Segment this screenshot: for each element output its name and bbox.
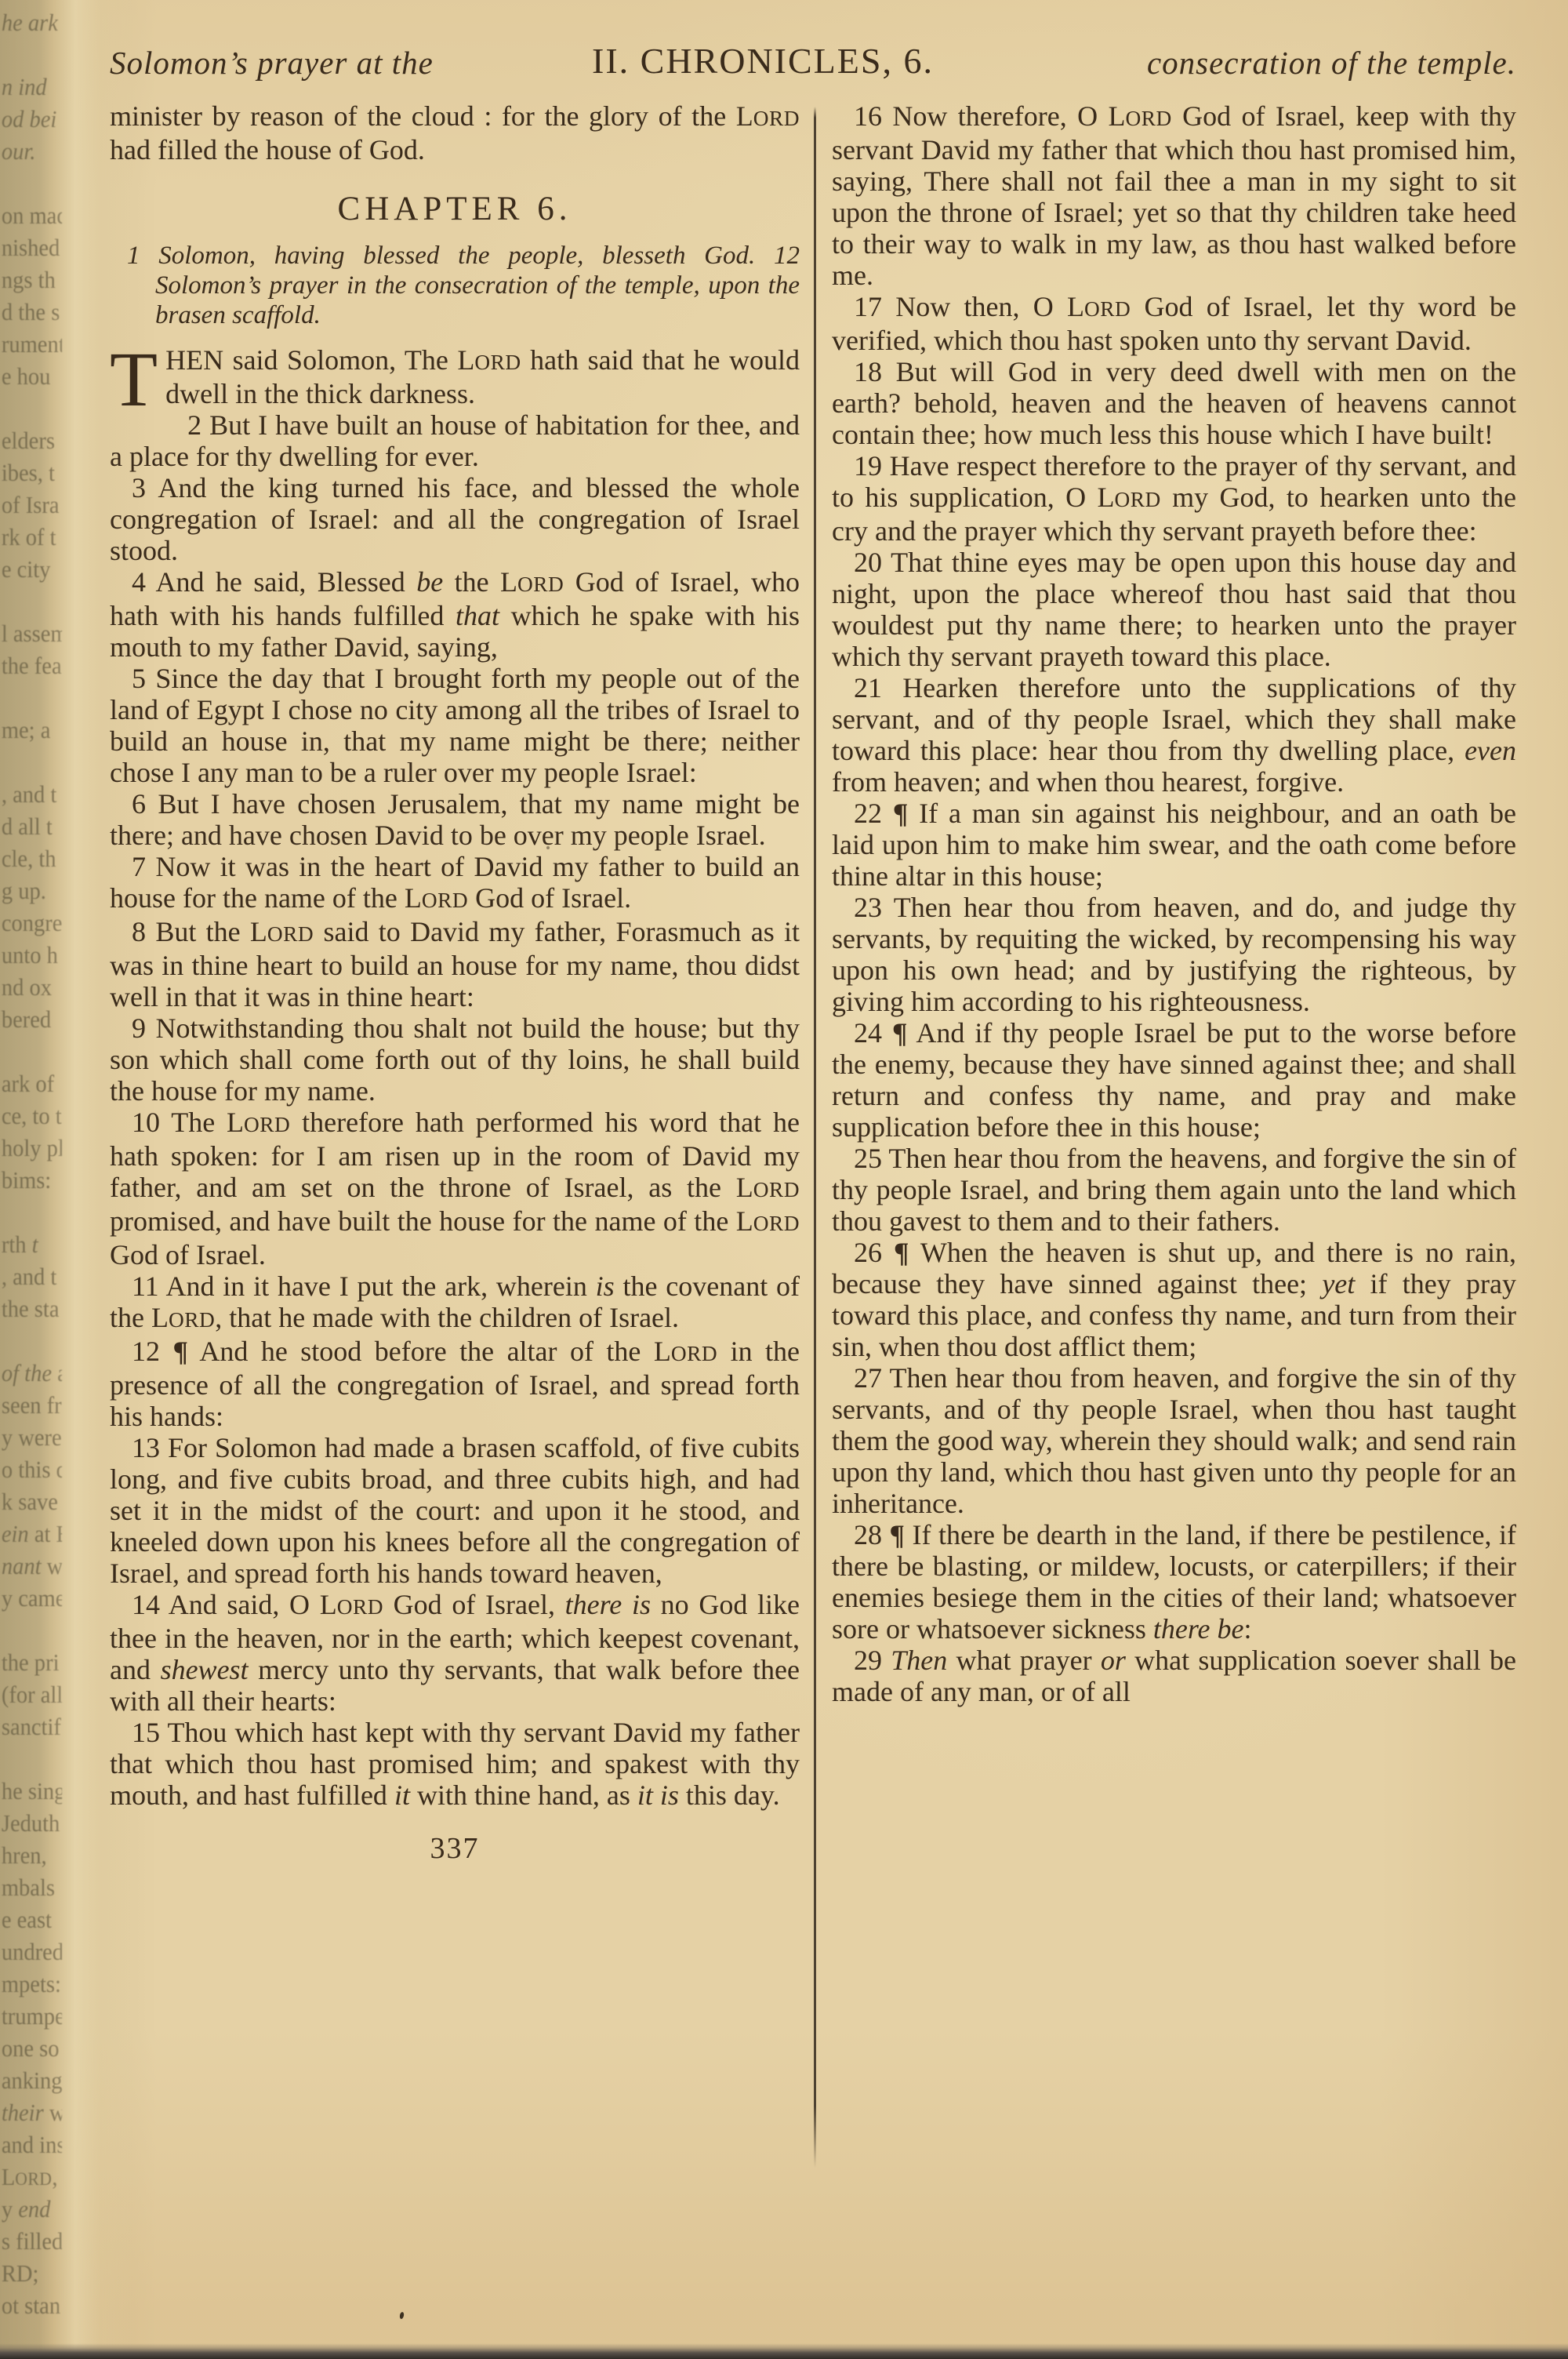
gutter-fragment: mbals bbox=[2, 1871, 62, 1903]
verse-text: Since the day that I brought forth my pe… bbox=[110, 663, 800, 788]
gutter-fragment: seen fr bbox=[2, 1389, 62, 1421]
verse-text: ¶ And he stood before the altar of the L… bbox=[110, 1336, 800, 1432]
left-column: minister by reason of the cloud : for th… bbox=[110, 100, 800, 1864]
gutter-fragment: , and t bbox=[2, 778, 62, 810]
verse-number: 12 bbox=[132, 1336, 160, 1367]
ink-speck bbox=[1069, 183, 1073, 186]
chapter-summary: 1 Solomon, having blessed the people, bl… bbox=[110, 241, 800, 330]
verse-text: ¶ If a man sin against his neighbour, an… bbox=[832, 798, 1516, 892]
right-column: 16 Now therefore, O LORD God of Israel, … bbox=[832, 100, 1516, 1707]
gutter-fragment: ngs th bbox=[2, 264, 62, 296]
verse: 11 And in it have I put the ark, wherein… bbox=[110, 1270, 800, 1336]
verse: 26 ¶ When the heaven is shut up, and the… bbox=[832, 1237, 1516, 1362]
gutter-fragment: od bei bbox=[2, 103, 62, 135]
gutter-fragment bbox=[2, 682, 62, 714]
verse-number: 25 bbox=[854, 1143, 882, 1174]
gutter-fragment: me; a bbox=[2, 714, 62, 746]
gutter-fragment: e city bbox=[2, 553, 62, 585]
verse-text: ¶ If there be dearth in the land, if the… bbox=[832, 1519, 1516, 1645]
verse: 19 Have respect therefore to the prayer … bbox=[832, 450, 1516, 547]
verse-text: And the king turned his face, and blesse… bbox=[110, 472, 800, 566]
verse-1-text: HEN said Solomon, The LORD hath said tha… bbox=[165, 344, 800, 409]
verse: 12 ¶ And he stood before the altar of th… bbox=[110, 1336, 800, 1432]
verse-text: But I have built an house of habitation … bbox=[110, 409, 800, 472]
verse-text: And in it have I put the ark, wherein is… bbox=[110, 1270, 800, 1333]
gutter-fragment: he ark bbox=[2, 6, 62, 38]
gutter-fragment: ce, to t bbox=[2, 1100, 62, 1132]
page-number: 337 bbox=[110, 1833, 800, 1864]
gutter-fragment: ark of bbox=[2, 1067, 62, 1100]
gutter-fragment bbox=[2, 392, 62, 424]
verse-number: 21 bbox=[854, 672, 882, 703]
gutter-bleed-text: he arkn indod beiour.on madnishedngs thd… bbox=[0, 0, 62, 2359]
gutter-fragment: e hou bbox=[2, 360, 62, 392]
gutter-fragment: hren, bbox=[2, 1839, 62, 1871]
verse-text: Hearken therefore unto the supplications… bbox=[832, 672, 1516, 798]
drop-cap: T bbox=[110, 344, 165, 410]
gutter-fragment: ein at E bbox=[2, 1518, 62, 1550]
verse: 27 Then hear thou from heaven, and forgi… bbox=[832, 1362, 1516, 1519]
gutter-fragment: g up. bbox=[2, 874, 62, 907]
verse-number: 26 bbox=[854, 1237, 882, 1268]
verse-text: But I have chosen Jerusalem, that my nam… bbox=[110, 788, 800, 851]
verse-number: 28 bbox=[854, 1519, 882, 1550]
verse-text: That thine eyes may be open upon this ho… bbox=[832, 547, 1516, 672]
gutter-fragment: the sta bbox=[2, 1292, 62, 1325]
verse: 2 But I have built an house of habitatio… bbox=[110, 409, 800, 472]
verse: 9 Notwithstanding thou shalt not build t… bbox=[110, 1012, 800, 1107]
verse-number: 17 bbox=[854, 291, 882, 322]
running-head-left: Solomon’s prayer at the bbox=[110, 44, 434, 82]
verse-number: 9 bbox=[132, 1012, 146, 1044]
verse-text: ¶ And if thy people Israel be put to the… bbox=[832, 1017, 1516, 1143]
gutter-fragment bbox=[2, 1614, 62, 1646]
verse: 25 Then hear thou from the heavens, and … bbox=[832, 1143, 1516, 1237]
verse-number: 23 bbox=[854, 892, 882, 923]
gutter-fragment: anking bbox=[2, 2064, 62, 2096]
gutter-fragment: nd ox bbox=[2, 971, 62, 1003]
bible-page: he arkn indod beiour.on madnishedngs thd… bbox=[0, 0, 1568, 2359]
continuation-paragraph: minister by reason of the cloud : for th… bbox=[110, 100, 800, 165]
verse: 18 But will God in very deed dwell with … bbox=[832, 356, 1516, 450]
gutter-fragment: congre bbox=[2, 907, 62, 939]
verse-number: 4 bbox=[132, 566, 146, 598]
verse: 17 Now then, O LORD God of Israel, let t… bbox=[832, 291, 1516, 356]
verse: 5 Since the day that I brought forth my … bbox=[110, 663, 800, 788]
gutter-fragment: LORD, bbox=[2, 2161, 62, 2193]
running-head: Solomon’s prayer at the II. CHRONICLES, … bbox=[110, 27, 1516, 82]
verse-number: 15 bbox=[132, 1717, 160, 1748]
verse-text: Have respect therefore to the prayer of … bbox=[832, 450, 1516, 547]
gutter-fragment: cle, th bbox=[2, 842, 62, 874]
verse: 6 But I have chosen Jerusalem, that my n… bbox=[110, 788, 800, 851]
verse: 3 And the king turned his face, and bles… bbox=[110, 472, 800, 566]
gutter-fragment: s filled bbox=[2, 2225, 62, 2257]
gutter-fragment: unto h bbox=[2, 939, 62, 971]
gutter-fragment: rth t bbox=[2, 1228, 62, 1260]
ink-speck bbox=[546, 846, 550, 849]
gutter-fragment bbox=[2, 1743, 62, 1775]
gutter-fragment: trumpe bbox=[2, 2000, 62, 2032]
verse-text: Then hear thou from the heavens, and for… bbox=[832, 1143, 1516, 1237]
verse-text: Now therefore, O LORD God of Israel, kee… bbox=[832, 100, 1516, 291]
running-head-right: consecration of the temple. bbox=[1147, 44, 1516, 82]
left-verses: 2 But I have built an house of habitatio… bbox=[110, 409, 800, 1811]
verse: 29 Then what prayer or what supplication… bbox=[832, 1645, 1516, 1707]
verse-number: 24 bbox=[854, 1017, 882, 1049]
verse: 20 That thine eyes may be open upon this… bbox=[832, 547, 1516, 672]
gutter-fragment: of the a bbox=[2, 1357, 62, 1389]
gutter-fragment: nished bbox=[2, 231, 62, 264]
gutter-fragment bbox=[2, 1196, 62, 1228]
verse: 28 ¶ If there be dearth in the land, if … bbox=[832, 1519, 1516, 1645]
verse-text: Then hear thou from heaven, and forgive … bbox=[832, 1362, 1516, 1519]
gutter-fragment: rk of t bbox=[2, 521, 62, 553]
verse-text: Now then, O LORD God of Israel, let thy … bbox=[832, 291, 1516, 356]
gutter-fragment: he sing bbox=[2, 1775, 62, 1807]
verse: 16 Now therefore, O LORD God of Israel, … bbox=[832, 100, 1516, 291]
gutter-fragment: the pri bbox=[2, 1646, 62, 1678]
gutter-fragment bbox=[2, 1035, 62, 1067]
verse: 22 ¶ If a man sin against his neighbour,… bbox=[832, 798, 1516, 892]
gutter-fragment: o this d bbox=[2, 1453, 62, 1485]
verse-number: 6 bbox=[132, 788, 146, 820]
verse: 24 ¶ And if thy people Israel be put to … bbox=[832, 1017, 1516, 1143]
verse-number: 27 bbox=[854, 1362, 882, 1394]
gutter-fragment: d the s bbox=[2, 296, 62, 328]
right-verses: 16 Now therefore, O LORD God of Israel, … bbox=[832, 100, 1516, 1707]
gutter-fragment bbox=[2, 746, 62, 778]
gutter-fragment: y end bbox=[2, 2193, 62, 2225]
gutter-fragment: , and t bbox=[2, 1260, 62, 1292]
gutter-fragment: (for all bbox=[2, 1678, 62, 1710]
gutter-fragment: holy pl bbox=[2, 1132, 62, 1164]
gutter-fragment: nant w bbox=[2, 1550, 62, 1582]
verse-1: THEN said Solomon, The LORD hath said th… bbox=[110, 344, 800, 409]
verse-number: 2 bbox=[187, 409, 201, 441]
gutter-fragment: y came bbox=[2, 1582, 62, 1614]
gutter-fragment: our. bbox=[2, 135, 62, 167]
verse: 15 Thou which hast kept with thy servant… bbox=[110, 1717, 800, 1811]
gutter-fragment: bered bbox=[2, 1003, 62, 1035]
verse-text: Then hear thou from heaven, and do, and … bbox=[832, 892, 1516, 1017]
verse-number: 8 bbox=[132, 916, 146, 947]
verse-number: 16 bbox=[854, 100, 882, 132]
gutter-fragment: and ins bbox=[2, 2128, 62, 2161]
verse-number: 19 bbox=[854, 450, 882, 482]
verse-number: 18 bbox=[854, 356, 882, 387]
verse-number: 11 bbox=[132, 1270, 159, 1302]
gutter-fragment: the fea bbox=[2, 649, 62, 682]
verse: 7 Now it was in the heart of David my fa… bbox=[110, 851, 800, 916]
verse: 10 The LORD therefore hath performed his… bbox=[110, 1107, 800, 1270]
verse-text: But the LORD said to David my father, Fo… bbox=[110, 916, 800, 1012]
gutter-fragment: rument bbox=[2, 328, 62, 360]
verse: 13 For Solomon had made a brasen scaffol… bbox=[110, 1432, 800, 1589]
gutter-fragment: sanctif bbox=[2, 1710, 62, 1743]
gutter-fragment: elders bbox=[2, 424, 62, 456]
gutter-fragment: Jeduth bbox=[2, 1807, 62, 1839]
gutter-fragment: on mad bbox=[2, 199, 62, 231]
gutter-fragment: bims: bbox=[2, 1164, 62, 1196]
verse-number: 22 bbox=[854, 798, 882, 829]
gutter-fragment bbox=[2, 38, 62, 71]
gutter-fragment: ibes, t bbox=[2, 456, 62, 489]
verse: 4 And he said, Blessed be the LORD God o… bbox=[110, 566, 800, 663]
gutter-fragment: n ind bbox=[2, 71, 62, 103]
verse-number: 5 bbox=[132, 663, 146, 694]
verse-text: Notwithstanding thou shalt not build the… bbox=[110, 1012, 800, 1107]
verse-text: Then what prayer or what supplication so… bbox=[832, 1645, 1516, 1707]
verse-number: 14 bbox=[132, 1589, 160, 1620]
verse-number: 7 bbox=[132, 851, 146, 882]
gutter-fragment bbox=[2, 1325, 62, 1357]
gutter-fragment: k save bbox=[2, 1485, 62, 1518]
verse-text: Now it was in the heart of David my fath… bbox=[110, 851, 800, 914]
verse-number: 20 bbox=[854, 547, 882, 578]
verse: 23 Then hear thou from heaven, and do, a… bbox=[832, 892, 1516, 1017]
page-bottom-edge bbox=[0, 2343, 1568, 2359]
verse-number: 29 bbox=[854, 1645, 882, 1676]
verse: 21 Hearken therefore unto the supplicati… bbox=[832, 672, 1516, 798]
verse-text: And said, O LORD God of Israel, there is… bbox=[110, 1589, 800, 1717]
gutter-fragment: RD; bbox=[2, 2257, 62, 2289]
gutter-fragment: undred bbox=[2, 1936, 62, 1968]
gutter-fragment: y were bbox=[2, 1421, 62, 1453]
column-divider-rule bbox=[814, 107, 816, 2168]
gutter-fragment bbox=[2, 167, 62, 199]
verse-text: And he said, Blessed be the LORD God of … bbox=[110, 566, 800, 663]
chapter-heading: CHAPTER 6. bbox=[110, 194, 800, 225]
gutter-fragment: l assem bbox=[2, 617, 62, 649]
verse-text: ¶ When the heaven is shut up, and there … bbox=[832, 1237, 1516, 1362]
verse-text: Thou which hast kept with thy servant Da… bbox=[110, 1717, 800, 1811]
verse-text: But will God in very deed dwell with men… bbox=[832, 356, 1516, 450]
running-head-title: II. CHRONICLES, 6. bbox=[592, 40, 934, 82]
gutter-fragment: of Isra bbox=[2, 489, 62, 521]
gutter-fragment: their w bbox=[2, 2096, 62, 2128]
text-columns: minister by reason of the cloud : for th… bbox=[110, 100, 1516, 2340]
gutter-fragment bbox=[2, 585, 62, 617]
verse-text: For Solomon had made a brasen scaffold, … bbox=[110, 1432, 800, 1589]
verse: 14 And said, O LORD God of Israel, there… bbox=[110, 1589, 800, 1717]
gutter-fragment: e east bbox=[2, 1903, 62, 1936]
verse: 8 But the LORD said to David my father, … bbox=[110, 916, 800, 1012]
verse-number: 13 bbox=[132, 1432, 160, 1463]
gutter-fragment: mpets: bbox=[2, 1968, 62, 2000]
gutter-fragment: d all t bbox=[2, 810, 62, 842]
gutter-fragment: one so bbox=[2, 2032, 62, 2064]
verse-number: 3 bbox=[132, 472, 146, 503]
verse-text: The LORD therefore hath performed his wo… bbox=[110, 1107, 800, 1270]
gutter-fragment: ot stan bbox=[2, 2289, 62, 2321]
verse-number: 10 bbox=[132, 1107, 160, 1138]
